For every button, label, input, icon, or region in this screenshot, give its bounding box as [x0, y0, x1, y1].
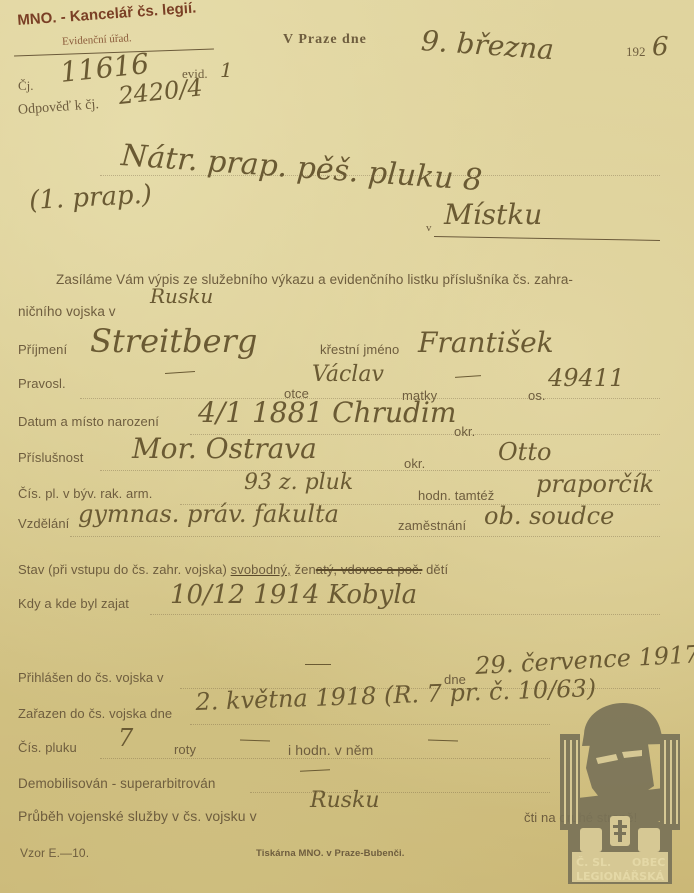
former-rank-label: hodn. tamtéž [418, 488, 494, 503]
company-dash [240, 739, 270, 741]
status-struck-a: žen [295, 562, 316, 577]
regiment-label: Čís. pluku [18, 740, 77, 755]
location-prefix: v [426, 222, 432, 234]
row-rule-education [70, 536, 660, 537]
mother-dash [455, 375, 481, 378]
regiment-value: 7 [118, 724, 133, 752]
cj-label: Čj. [18, 78, 34, 94]
location-underline [434, 236, 660, 241]
row-rule-regiment [100, 758, 550, 759]
domicile-value: Mor. Ostrava [132, 432, 317, 465]
demob-label: Demobilisován - superarbitrován [18, 776, 215, 791]
legion-emblem-watermark: Č. SL. OBEC LEGIONÁŘSKÁ [556, 688, 684, 884]
birth-label: Datum a místo narození [18, 414, 159, 429]
place-label: V Praze dne [283, 32, 367, 48]
course-value: Rusku [310, 788, 380, 813]
addressee-rule-1 [100, 175, 660, 176]
captured-value: 10/12 1914 Kobyla [170, 580, 417, 610]
legion-record-document: MNO. - Kancelář čs. legií. Evidenční úřa… [0, 0, 694, 893]
assigned-label: Zařazen do čs. vojska dne [18, 706, 172, 721]
former-rank-value: praporčík [536, 470, 654, 498]
firstname-value: František [418, 326, 554, 359]
domicile-okr-label: okr. [404, 456, 425, 471]
office-subtitle: Evidenční úřad. [62, 32, 132, 48]
enlisted-label: Přihlášen do čs. vojska v [18, 670, 164, 685]
printer-credit: Tiskárna MNO. v Praze-Bubenči. [256, 848, 405, 859]
rank-dash [428, 739, 458, 741]
firstname-label: křestní jméno [320, 342, 399, 357]
os-label: os. [528, 388, 546, 403]
birth-value: 4/1 1881 Chrudim [198, 396, 456, 429]
religion-dash [165, 371, 195, 374]
demob-dash [300, 769, 330, 772]
former-regiment-value: 93 z. pluk [244, 470, 353, 495]
intro-line1: Zasíláme Vám výpis ze služebního výkazu … [56, 272, 573, 287]
status-row: Stav (při vstupu do čs. zahr. vojska) sv… [18, 562, 448, 577]
addressee-line1: Nátr. prap. pěš. pluku 8 [120, 138, 483, 198]
assigned-value: 2. května 1918 (R. 7 pr. č. 10/63) [195, 674, 597, 716]
birth-okr-label: okr. [454, 424, 475, 439]
status-tail: dětí [426, 562, 448, 577]
soldier-helmet-emblem-icon: Č. SL. OBEC LEGIONÁŘSKÁ [556, 688, 684, 884]
surname-label: Příjmení [18, 342, 67, 357]
reply-label: Odpověď k čj. [18, 97, 100, 119]
rank-label: i hodn. v něm [288, 742, 373, 758]
enlisted-place-dash [305, 664, 331, 665]
form-id: Vzor E.—10. [20, 846, 89, 860]
evid-value: 1 [220, 58, 233, 82]
row-rule-captured [150, 614, 660, 615]
status-struck-b: atý, vdovec a poč. [316, 562, 423, 577]
office-title: MNO. - Kancelář čs. legií. [17, 0, 197, 29]
religion-label: Pravosl. [18, 376, 66, 391]
status-label: Stav (při vstupu do čs. zahr. vojska) [18, 562, 227, 577]
education-label: Vzdělání [18, 516, 69, 531]
intro-line2-value: Rusku [150, 284, 213, 308]
domicile-okr-value: Otto [498, 438, 551, 466]
date-value: 9. března [420, 24, 555, 66]
occupation-label: zaměstnání [398, 518, 466, 533]
captured-label: Kdy a kde byl zajat [18, 596, 129, 611]
year-suffix: 6 [652, 32, 669, 62]
surname-value: Streitberg [90, 322, 257, 360]
addressee-line2: (1. prap.) [28, 180, 152, 216]
emblem-line1-right: OBEC [632, 856, 665, 869]
education-value: gymnas. práv. fakulta [78, 500, 339, 528]
intro-line2-label: ničního vojska v [18, 304, 116, 319]
row-rule-demob [250, 792, 550, 793]
emblem-line1-left: Č. SL. [576, 856, 611, 869]
company-label: roty [174, 742, 196, 757]
year-prefix: 192 [626, 44, 646, 60]
emblem-line2: LEGIONÁŘSKÁ [576, 870, 665, 883]
course-label: Průběh vojenské služby v čs. vojsku v [18, 808, 257, 824]
father-value: Václav [312, 362, 384, 387]
former-regiment-label: Čís. pl. v býv. rak. arm. [18, 486, 152, 501]
location-value: Místku [444, 198, 542, 231]
occupation-value: ob. soudce [484, 502, 614, 530]
row-rule-assigned [190, 724, 550, 725]
domicile-label: Příslušnost [18, 450, 83, 465]
os-value: 49411 [548, 364, 624, 392]
status-kept: svobodný, [231, 562, 291, 577]
